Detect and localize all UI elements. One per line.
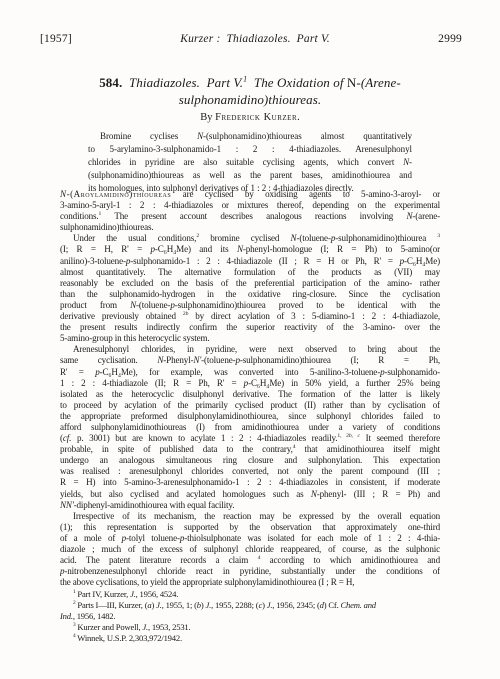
paragraph-4: Irrespective of its mechanism, the react…: [60, 511, 440, 589]
text-line: 2 Parts I—III, Kurzer, (a) J., 1955, 1; …: [60, 600, 440, 611]
text-line: p-nitrobenzenesulphonyl chloride react i…: [60, 566, 440, 577]
text-line: of a mole of p-tolyl toluene-p-thiolsulp…: [60, 533, 440, 544]
text-line: N-(Aroylamidino)thioureas are cyclised b…: [60, 189, 440, 200]
paragraph-1: N-(Aroylamidino)thioureas are cyclised b…: [60, 189, 440, 233]
header-page-number: 2999: [438, 33, 462, 45]
text-line: same cyclisation. N-Phenyl-N'-(toluene-p…: [60, 355, 440, 366]
text-line: anilino)-3-toluene-p-sulphonamido-1 : 2 …: [60, 256, 440, 267]
text-line: afford sulphonylamidinothioureas (I) fro…: [60, 422, 440, 433]
text-line: 3 Kurzer and Powell, J., 1953, 2531.: [60, 622, 440, 633]
article-title: 584. Thiadiazoles. Part V.1 The Oxidatio…: [50, 74, 450, 108]
page-header: [1957] Kurzer : Thiadiazoles. Part V. 29…: [40, 33, 462, 45]
text-line: product from N-(toluene-p-sulphonamidino…: [60, 300, 440, 311]
text-line: Bromine cyclises N-(sulphonamidino)thiou…: [88, 130, 412, 143]
article-title-line2: sulphonamidino)thioureas.: [50, 91, 450, 108]
text-line: 1 : 2 : 4-thiadiazole (II; R = Ph, R' = …: [60, 378, 440, 389]
text-line: (cf. p. 3001) but are known to acylate 1…: [60, 433, 440, 444]
text-line: R' = p-C₆H₄Me), for example, was convert…: [60, 367, 440, 378]
text-line: Irrespective of its mechanism, the react…: [60, 511, 440, 522]
text-line: undergo an analogous simultaneous ring c…: [60, 455, 440, 466]
journal-page: [1957] Kurzer : Thiadiazoles. Part V. 29…: [0, 0, 500, 679]
text-line: conditions.1 The present account describ…: [60, 211, 440, 222]
text-line: isolated as the heterocyclic disulphonyl…: [60, 389, 440, 400]
text-line: (1); this representation is supported by…: [60, 522, 440, 533]
text-line: the appropriate preformed disulphonylami…: [60, 411, 440, 422]
text-line: 4 Winnek, U.S.P. 2,303,972/1942.: [60, 633, 440, 644]
text-line: NN'-diphenyl-amidinothiourea with equal …: [60, 500, 440, 511]
paragraph-3: Arenesulphonyl chlorides, in pyridine, w…: [60, 344, 440, 510]
text-line: acid. The patent literature records a cl…: [60, 555, 440, 566]
text-line: chlorides in pyridine are also suitable …: [88, 156, 412, 169]
text-line: Ind., 1956, 1482.: [60, 611, 440, 622]
text-line: yields, but also cyclised and acylated h…: [60, 489, 440, 500]
text-line: almost quantitatively. The alternative f…: [60, 267, 440, 278]
text-line: Arenesulphonyl chlorides, in pyridine, w…: [60, 344, 440, 355]
article-title-line1: 584. Thiadiazoles. Part V.1 The Oxidatio…: [50, 74, 450, 91]
running-title: Kurzer : Thiadiazoles. Part V.: [180, 33, 330, 45]
article-body: N-(Aroylamidino)thioureas are cyclised b…: [60, 189, 440, 588]
byline: By Frederick Kurzer.: [60, 112, 440, 123]
header-year: [1957]: [40, 33, 72, 45]
text-line: probable, in spite of published data to …: [60, 444, 440, 455]
text-line: reasonably be excluded on the basis of t…: [60, 278, 440, 289]
text-line: R = H) into 5-amino-3-arenesulphonamido-…: [60, 477, 440, 488]
text-line: 1 Part IV, Kurzer, J., 1956, 4524.: [60, 589, 440, 600]
text-line: sulphonamidino)thioureas.: [60, 222, 440, 233]
text-line: Under the usual conditions,2 bromine cyc…: [60, 233, 440, 244]
text-line: 5-amino-group in this heterocyclic syste…: [60, 333, 440, 344]
abstract: Bromine cyclises N-(sulphonamidino)thiou…: [88, 130, 412, 195]
text-line: than the sulphonamido-hydrogen in the ox…: [60, 289, 440, 300]
text-line: diazole ; much of the excess of sulphony…: [60, 544, 440, 555]
text-line: (I; R = H, R' = p-C₆H₄Me) and its N-phen…: [60, 244, 440, 255]
text-line: 3-amino-5-aryl-1 : 2 : 4-thiadiazoles or…: [60, 200, 440, 211]
text-line: the present results indirectly confirm t…: [60, 322, 440, 333]
text-line: was realised : arenesulphonyl chlorides …: [60, 466, 440, 477]
text-line: to 5-arylamino-3-sulphonamido-1 : 2 : 4-…: [88, 143, 412, 156]
text-line: (sulphonamidino)thioureas as well as the…: [88, 169, 412, 182]
text-line: the above cyclisations, to yield the app…: [60, 577, 440, 588]
text-line: derivative previously obtained 2b by dir…: [60, 311, 440, 322]
text-line: to proceed by acylation of the primarily…: [60, 400, 440, 411]
footnotes: 1 Part IV, Kurzer, J., 1956, 4524.2 Part…: [60, 589, 440, 644]
paragraph-2: Under the usual conditions,2 bromine cyc…: [60, 233, 440, 344]
